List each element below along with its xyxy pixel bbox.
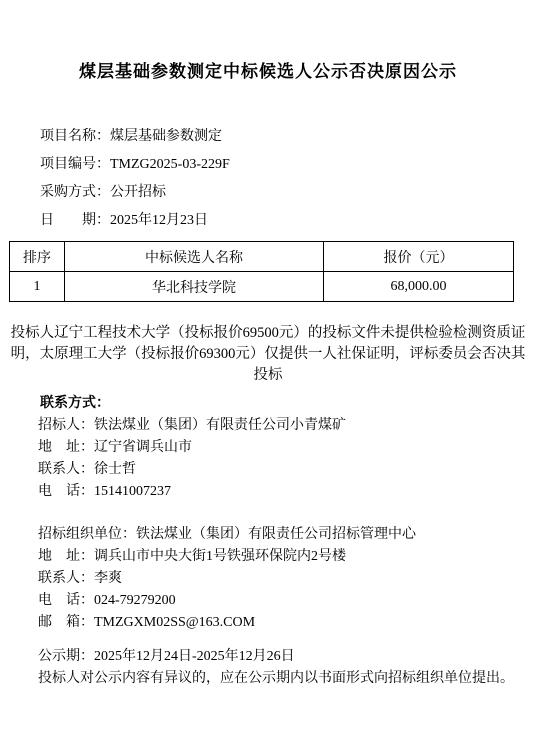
section-gap	[0, 503, 536, 517]
tenderer-address-label: 地 址：	[38, 440, 94, 455]
organizer-contact-block: 招标组织单位：铁法煤业（集团）有限责任公司招标管理中心 地 址：调兵山市中央大街…	[38, 524, 536, 634]
date-label: 日 期：	[40, 213, 110, 228]
publicity-period-line: 公示期：2025年12月24日-2025年12月26日	[38, 646, 536, 668]
project-number-value: TMZG2025-03-229F	[110, 157, 230, 172]
objection-note-line: 投标人对公示内容有异议的，应在公示期内以书面形式向招标组织单位提出。	[38, 668, 536, 690]
tenderer-phone-line: 电 话：15141007237	[38, 481, 536, 503]
tenderer-address-line: 地 址：辽宁省调兵山市	[38, 437, 536, 459]
table-cell-rank: 1	[10, 272, 65, 302]
table-cell-candidate-name: 华北科技学院	[65, 272, 324, 302]
project-number-line: 项目编号：TMZG2025-03-229F	[40, 151, 536, 179]
project-name-value: 煤层基础参数测定	[110, 129, 222, 144]
organizer-address-value: 调兵山市中央大街1号铁强环保院内2号楼	[94, 549, 346, 564]
organizer-email-value: TMZGXM02SS@163.COM	[94, 615, 255, 630]
organizer-contact-person-line: 联系人：李爽	[38, 568, 536, 590]
organizer-address-line: 地 址：调兵山市中央大街1号铁强环保院内2号楼	[38, 546, 536, 568]
rejection-reason-paragraph: 投标人辽宁工程技术大学（投标报价69500元）的投标文件未提供检验检测资质证明，…	[6, 323, 530, 386]
organizer-phone-line: 电 话：024-79279200	[38, 590, 536, 612]
tenderer-value: 铁法煤业（集团）有限责任公司小青煤矿	[94, 418, 346, 433]
table-row: 1 华北科技学院 68,000.00	[10, 272, 514, 302]
publicity-footer-block: 公示期：2025年12月24日-2025年12月26日 投标人对公示内容有异议的…	[38, 646, 536, 690]
tenderer-label: 招标人：	[38, 418, 94, 433]
tenderer-address-value: 辽宁省调兵山市	[94, 440, 192, 455]
organizer-value: 铁法煤业（集团）有限责任公司招标管理中心	[136, 527, 416, 542]
organizer-contact-person-label: 联系人：	[38, 571, 94, 586]
organizer-phone-label: 电 话：	[38, 593, 94, 608]
publicity-period-label: 公示期：	[38, 649, 94, 664]
bid-candidates-table: 排序 中标候选人名称 报价（元） 1 华北科技学院 68,000.00	[9, 241, 514, 302]
procurement-method-label: 采购方式：	[40, 185, 110, 200]
table-cell-price: 68,000.00	[324, 272, 514, 302]
date-line: 日 期：2025年12月23日	[40, 207, 536, 235]
project-name-label: 项目名称：	[40, 129, 110, 144]
organizer-line: 招标组织单位：铁法煤业（集团）有限责任公司招标管理中心	[38, 524, 536, 546]
tenderer-contact-person-label: 联系人：	[38, 462, 94, 477]
organizer-phone-value: 024-79279200	[94, 593, 176, 608]
table-header-rank: 排序	[10, 242, 65, 272]
organizer-email-label: 邮 箱：	[38, 615, 94, 630]
announcement-document: 煤层基础参数测定中标候选人公示否决原因公示 项目名称：煤层基础参数测定 项目编号…	[0, 0, 536, 738]
date-value: 2025年12月23日	[110, 213, 208, 228]
project-info-block: 项目名称：煤层基础参数测定 项目编号：TMZG2025-03-229F 采购方式…	[40, 123, 536, 235]
tenderer-line: 招标人：铁法煤业（集团）有限责任公司小青煤矿	[38, 415, 536, 437]
page-title: 煤层基础参数测定中标候选人公示否决原因公示	[0, 0, 536, 82]
organizer-email-line: 邮 箱：TMZGXM02SS@163.COM	[38, 612, 536, 634]
procurement-method-value: 公开招标	[110, 185, 166, 200]
contact-heading: 联系方式：	[40, 393, 536, 415]
tenderer-phone-value: 15141007237	[94, 484, 171, 499]
organizer-contact-person-value: 李爽	[94, 571, 122, 586]
tenderer-contact-person-line: 联系人：徐士哲	[38, 459, 536, 481]
table-header-price: 报价（元）	[324, 242, 514, 272]
tenderer-contact-person-value: 徐士哲	[94, 462, 136, 477]
publicity-period-value: 2025年12月24日-2025年12月26日	[94, 649, 295, 664]
organizer-address-label: 地 址：	[38, 549, 94, 564]
organizer-label: 招标组织单位：	[38, 527, 136, 542]
project-number-label: 项目编号：	[40, 157, 110, 172]
tenderer-contact-block: 联系方式： 招标人：铁法煤业（集团）有限责任公司小青煤矿 地 址：辽宁省调兵山市…	[38, 393, 536, 503]
procurement-method-line: 采购方式：公开招标	[40, 179, 536, 207]
table-header-row: 排序 中标候选人名称 报价（元）	[10, 242, 514, 272]
tenderer-phone-label: 电 话：	[38, 484, 94, 499]
project-name-line: 项目名称：煤层基础参数测定	[40, 123, 536, 151]
table-header-candidate-name: 中标候选人名称	[65, 242, 324, 272]
